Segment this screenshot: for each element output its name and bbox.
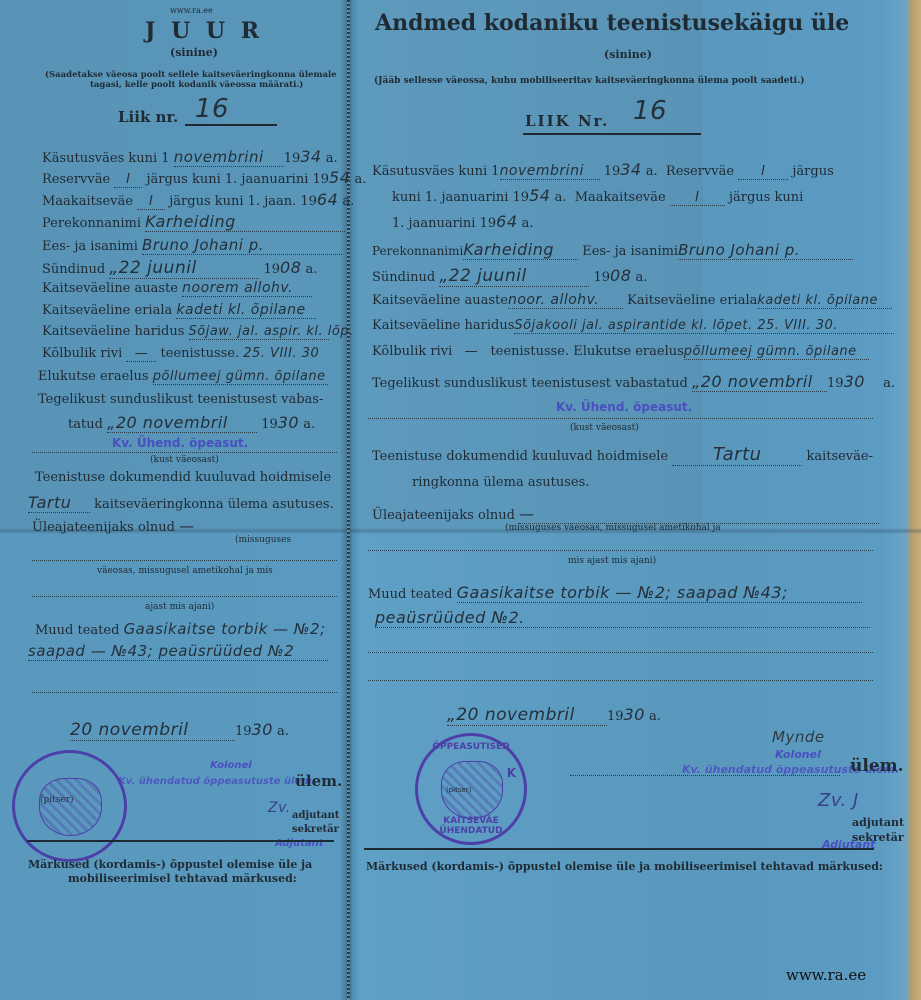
stub-markused-line2: mobiliseerimisel tehtavad märkused:: [68, 872, 297, 885]
form-liik-value: 16: [625, 96, 698, 126]
stub-sekretar-label: sekretär: [292, 824, 339, 835]
stub-muud-line2: saapad — №43; peaüsrüüded №2: [28, 642, 328, 661]
form-uleaja-line: [368, 550, 873, 551]
stub-liik-value: 16: [185, 94, 277, 126]
stub-muud-row: Muud teated Gaasikaitse torbik — №2;: [35, 620, 326, 638]
stub-title: J U U R: [145, 18, 263, 44]
stub-date-row: 20 novembril1930 a.: [70, 720, 289, 741]
form-dokumendid-row: Teenistuse dokumendid kuuluvad hoidmisel…: [372, 444, 873, 466]
form-kolbulik-row: Kõlbulik rivi — teenistusse. Elukutse er…: [372, 344, 869, 360]
form-sundinud-row: Sündinud „22 juunil 1908 a.: [372, 266, 647, 287]
stub-uleaja-line1: [32, 560, 337, 561]
stub-seal: [12, 750, 127, 862]
form-uleaja-caption2: mis ajast mis ajani): [568, 556, 656, 566]
form-muud-line2: peaüsrüüded №2.: [375, 608, 870, 628]
form-name-row: PerekonnanimiKarheiding Ees- ja isanimiB…: [372, 240, 853, 260]
stub-kolbulik-row: Kõlbulik rivi — teenistusse. 25. VIII. 3…: [42, 346, 319, 362]
stub-eriala-row: Kaitseväeline eriala kadeti kl. õpilane: [42, 302, 316, 319]
form-kasutusvaes-row: Käsutusväes kuni 1novembrini 1934 a. Res…: [372, 160, 834, 180]
stub-markused-line1: Märkused (kordamis-) õppustel olemise ül…: [28, 858, 312, 871]
stub-vabastatud-label: Tegelikust sunduslikust teenistusest vab…: [38, 392, 323, 407]
form-bottom-rule: [364, 848, 874, 850]
stub-adjutant-label: adjutant: [292, 810, 339, 821]
stub-eesnimi-row: Ees- ja isanimi Bruno Johani p.: [42, 236, 342, 255]
form-dokumendid-line2: ringkonna ülema asutuses.: [412, 475, 589, 490]
form-commander-signature: Mynde: [772, 728, 825, 746]
stub-bottom-rule: [27, 840, 334, 842]
form-vabastatud-row: Tegelikust sunduslikust teenistusest vab…: [372, 372, 895, 392]
stub-liik-label: Liik nr.: [118, 108, 178, 126]
form-adjutant-signature: Zv. J: [818, 790, 859, 811]
form-unit-stamp: Kv. Ühend. õpeasut.: [556, 400, 692, 414]
form-seal: ÕPPEASUTISED KAITSEVÄE ÜHENDATUD K (pits…: [415, 733, 527, 845]
form-muud-row: Muud teated Gaasikaitse torbik — №2; saa…: [368, 583, 862, 603]
stub-uleaja-line2: [32, 596, 337, 597]
stub-unit-caption: (kust väeosast): [150, 455, 219, 465]
form-seal-text-top: ÕPPEASUTISED: [418, 742, 524, 752]
form-unit-line: [368, 418, 873, 419]
form-liik-rule: [523, 133, 701, 135]
stub-adjutant-signature: Zv.: [268, 800, 291, 816]
stub-ulem-label: ülem.: [295, 772, 342, 790]
stub-auaste-row: Kaitseväeline auaste noorem allohv.: [42, 280, 312, 297]
stub-blank-line: [32, 692, 337, 693]
stub-signature-rank: Kolonel: [210, 760, 252, 771]
form-reservvae-row: kuni 1. jaanuarini 1954 a. Maakaitseväe …: [392, 186, 803, 206]
stub-uleaja-caption2: väeosas, missugusel ametikohal ja mis: [97, 566, 273, 576]
form-subtitle: (sinine): [604, 48, 652, 61]
form-seal-letter: K: [507, 766, 516, 780]
form-auaste-row: Kaitseväeline auastenoor. allohv. Kaitse…: [372, 292, 892, 309]
stub-maakaitsevae-row: Maakaitseväe I järgus kuni 1. jaan. 1964…: [42, 190, 354, 210]
form-blank-line1: [368, 652, 873, 653]
form-uleaja-caption1: (missuguses väeosas, missugusel ametikoh…: [505, 523, 721, 533]
stub-sundinud-row: Sündinud „22 juunil 1908 a.: [42, 258, 317, 279]
perforation-line: [347, 0, 350, 1000]
form-liik-label: LIIK Nr.: [525, 112, 609, 130]
form-seal-text-bottom: KAITSEVÄE ÜHENDATUD: [418, 816, 524, 836]
stub-note-line1: (Saadetakse väeosa poolt sellele kaitsev…: [45, 70, 337, 80]
form-title: Andmed kodaniku teenistusekäigu üle: [375, 10, 849, 36]
stub-seal-emblem: [39, 778, 102, 835]
stub-kasutusvaes-row: Käsutusväes kuni 1 novembrini1934 a.: [42, 147, 338, 167]
form-adjutant-label: adjutant: [852, 816, 904, 829]
form-unit-caption: (kust väeosast): [570, 423, 639, 433]
stub-dokumendid-label: Teenistuse dokumendid kuuluvad hoidmisel…: [35, 470, 331, 485]
form-markused: Märkused (kordamis-) õppustel olemise ül…: [366, 860, 883, 873]
stub-reservvae-row: Reservväe I järgus kuni 1. jaanuarini 19…: [42, 168, 366, 188]
stub-signature-unit-stamp: Kv. ühendatud õppeasutuste ülem.: [118, 776, 316, 787]
stub-unit-line: [32, 452, 337, 453]
stub-uleaja-caption3: ajast mis ajani): [145, 602, 214, 612]
stub-dokumendid-row: Tartu kaitseväeringkonna ülema asutuses.: [28, 493, 334, 513]
stub-vabastatud-row: tatud „20 novembril 1930 a.: [68, 413, 315, 433]
form-maakaitsevae-row: 1. jaanuarini 1964 a.: [392, 212, 534, 231]
stub-elukutse-row: Elukutse eraelus põllumeej gümn. õpilane: [38, 369, 328, 385]
stub-uleaja-caption1: (missuguses: [235, 535, 291, 545]
stub-unit-stamp: Kv. Ühend. õpeasut.: [112, 436, 248, 450]
stub-perekonnanimi-row: Perekonnanimi Karheiding: [42, 212, 345, 232]
form-uleaja-row: Üleajateenijaks olnud —: [372, 505, 879, 524]
form-blank-line2: [368, 680, 873, 681]
form-pitser-label: (pitser): [446, 786, 471, 794]
form-note: (Jääb sellesse väeossa, kuhu mobiliseeri…: [374, 76, 805, 86]
stub-kasutusvaes-month: novembrini: [174, 148, 284, 167]
stub-haridus-row: Kaitseväeline haridus Sõjaw. jal. aspir.…: [42, 324, 329, 340]
form-date-row: „20 novembril1930 a.: [447, 705, 661, 726]
form-signature-rank: Kolonel: [775, 748, 821, 761]
watermark-top: www.ra.ee: [170, 6, 213, 15]
stub-uleaja-row: Üleajateenijaks olnud —: [32, 517, 195, 535]
stub-note-line2: tagasi, kelle poolt kodanik väeossa määr…: [90, 80, 303, 90]
stub-subtitle: (sinine): [170, 46, 218, 59]
form-haridus-row: Kaitseväeline haridusSõjakooli jal. aspi…: [372, 318, 894, 334]
form-ulem-label: ülem.: [850, 756, 904, 776]
watermark-bottom: www.ra.ee: [786, 966, 866, 984]
